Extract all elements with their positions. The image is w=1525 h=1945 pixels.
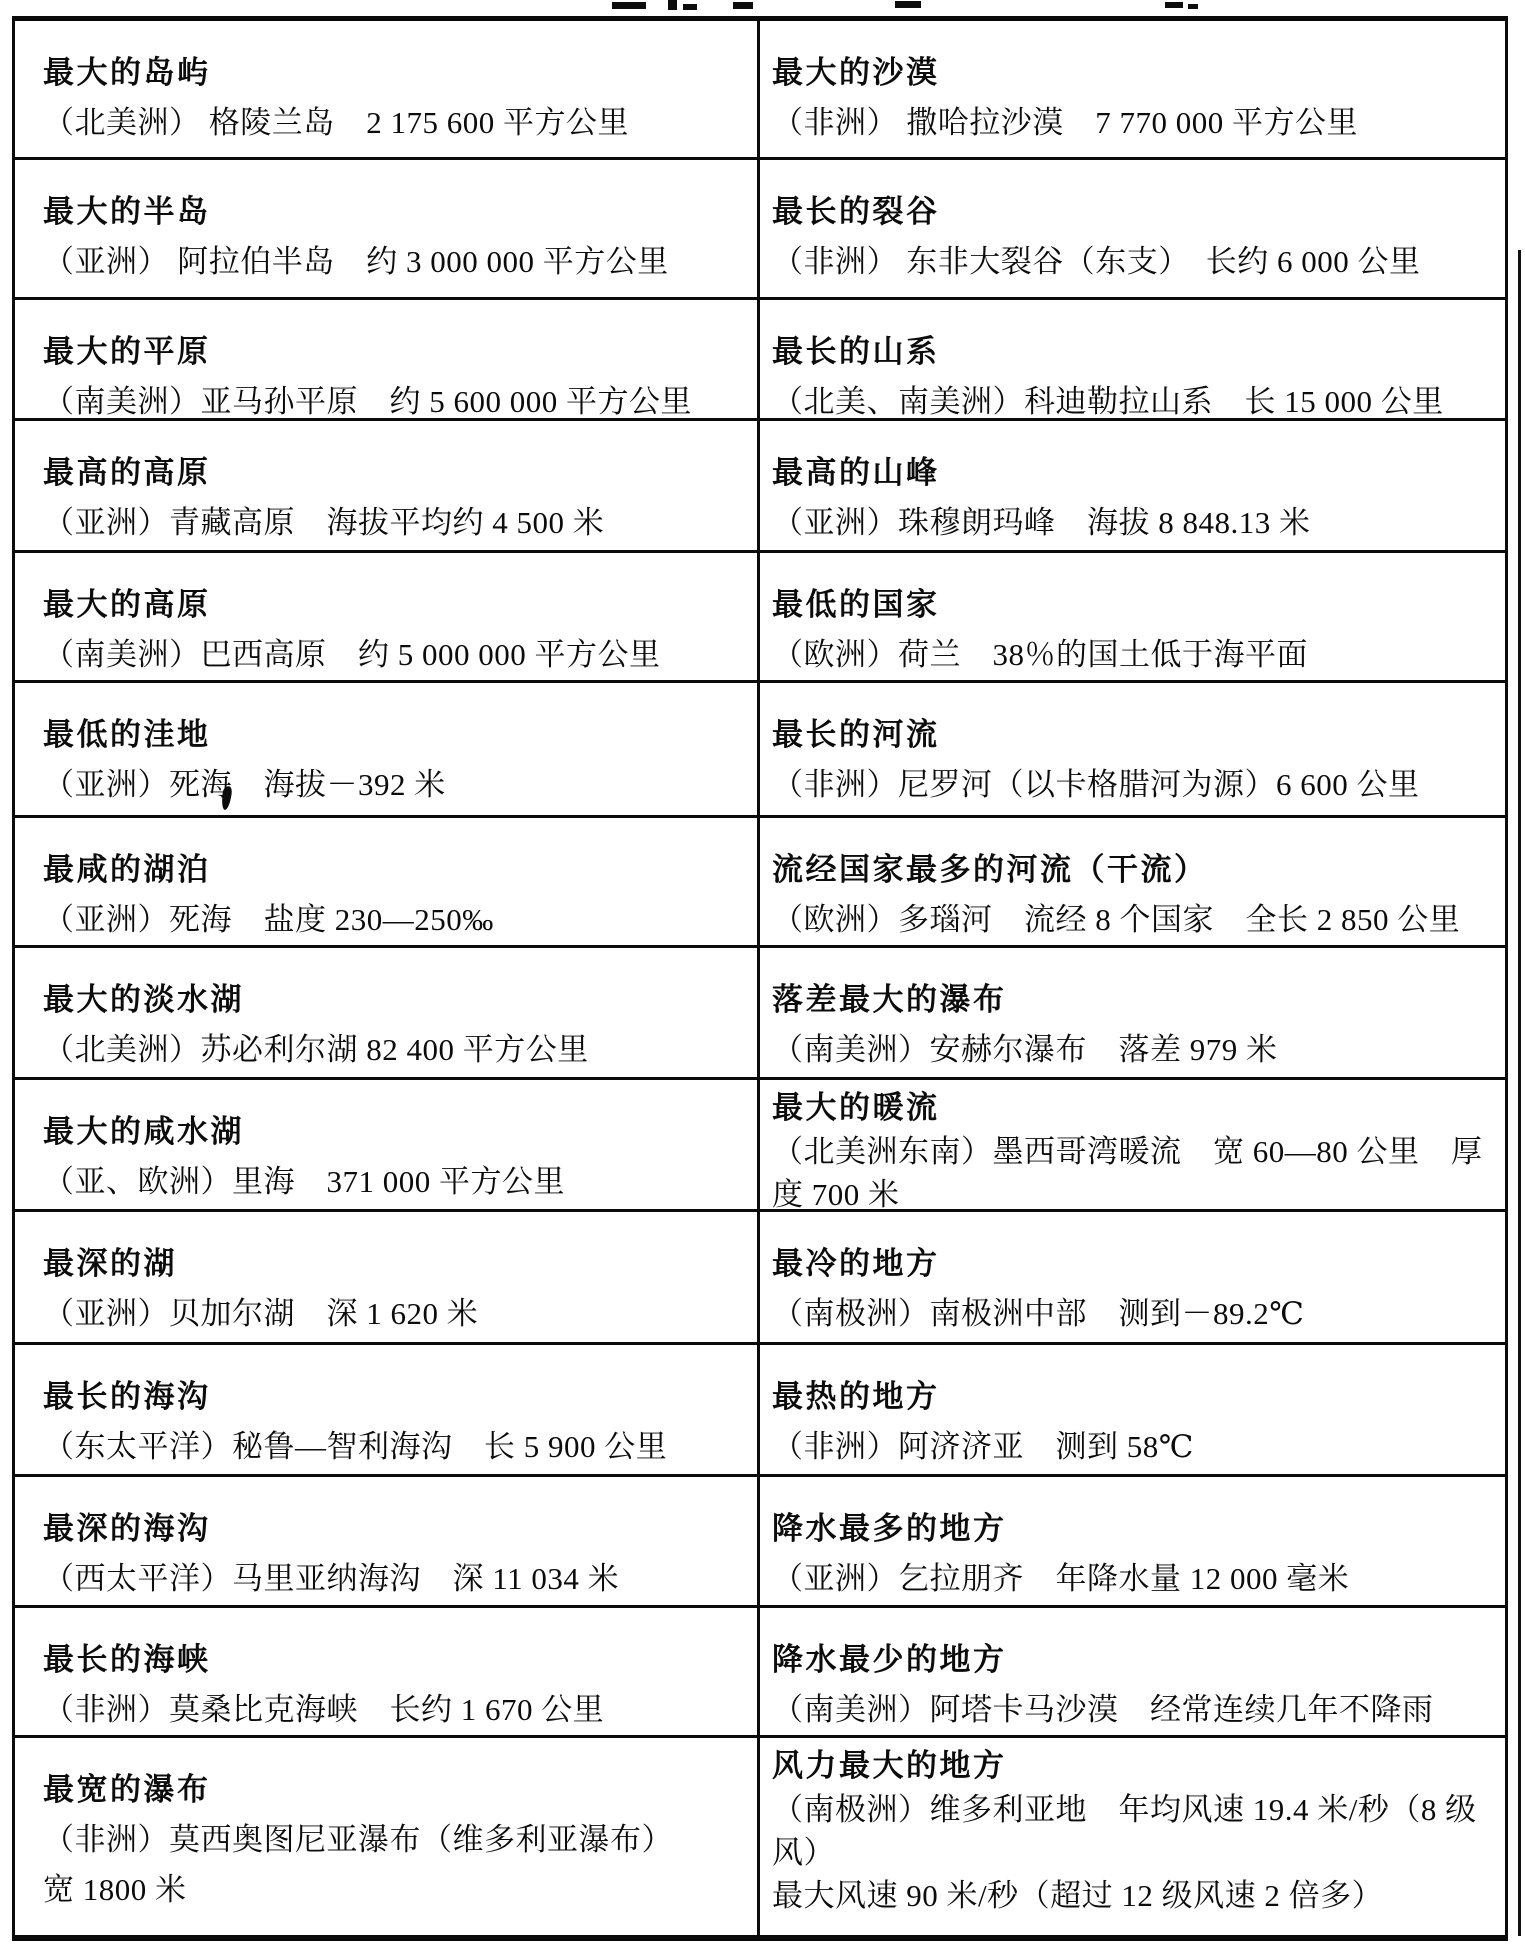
record-cell-right: 最大的暖流（北美洲东南）墨西哥湾暖流 宽 60—80 公里 厚度 700 米 [760,1080,1505,1209]
record-title: 最深的湖 [43,1242,745,1286]
scanned-document-page: 最大的岛屿（北美洲） 格陵兰岛 2 175 600 平方公里 最大的沙漠（非洲）… [0,0,1525,1945]
record-detail: （亚洲）死海 海拔－392 米 [43,762,745,807]
record-cell-right: 最热的地方（非洲）阿济济亚 测到 58℃ [760,1345,1505,1474]
record-title: 最长的海沟 [43,1375,745,1419]
record-title: 最大的咸水湖 [43,1110,745,1154]
record-cell-left: 最深的湖（亚洲）贝加尔湖 深 1 620 米 [15,1212,760,1342]
record-detail: （亚洲）死海 盐度 230—250‰ [43,897,745,942]
record-title: 最咸的湖泊 [43,848,745,892]
record-detail: （南极洲）南极洲中部 测到－89.2℃ [772,1291,1493,1336]
record-detail: （北美、南美洲）科迪勒拉山系 长 15 000 公里 [772,379,1493,418]
record-title: 最长的海峡 [43,1638,745,1682]
record-title: 最长的山系 [772,330,1493,374]
record-detail: （亚洲） 阿拉伯半岛 约 3 000 000 平方公里 [43,239,745,284]
record-detail: 风） [772,1832,1493,1873]
record-cell-right: 降水最多的地方（亚洲）乞拉朋齐 年降水量 12 000 毫米 [760,1477,1505,1605]
table-row: 最低的洼地（亚洲）死海 海拔－392 米 最长的河流（非洲）尼罗河（以卡格腊河为… [15,683,1505,818]
record-title: 最大的沙漠 [772,51,1493,95]
table-row: 最长的海沟（东太平洋）秘鲁—智利海沟 长 5 900 公里 最热的地方（非洲）阿… [15,1345,1505,1477]
record-detail: （北美洲）苏必利尔湖 82 400 平方公里 [43,1027,745,1072]
cropped-glyph-fragment [733,2,753,9]
record-title: 最长的河流 [772,713,1493,757]
record-cell-left: 最大的淡水湖（北美洲）苏必利尔湖 82 400 平方公里 [15,948,760,1077]
record-detail: （非洲） 东非大裂谷（东支） 长约 6 000 公里 [772,239,1493,284]
record-cell-right: 最冷的地方（南极洲）南极洲中部 测到－89.2℃ [760,1212,1505,1342]
record-cell-left: 最长的海沟（东太平洋）秘鲁—智利海沟 长 5 900 公里 [15,1345,760,1474]
table-row: 最大的高原（南美洲）巴西高原 约 5 000 000 平方公里 最低的国家（欧洲… [15,553,1505,683]
record-detail: （亚洲）珠穆朗玛峰 海拔 8 848.13 米 [772,500,1493,545]
record-detail: （北美洲东南）墨西哥湾暖流 宽 60—80 公里 厚 [772,1131,1493,1172]
record-cell-right: 最低的国家（欧洲）荷兰 38％的国土低于海平面 [760,553,1505,680]
table-row: 最大的淡水湖（北美洲）苏必利尔湖 82 400 平方公里 落差最大的瀑布（南美洲… [15,948,1505,1080]
record-detail: 度 700 米 [772,1174,1493,1209]
cropped-glyph-fragment [1165,2,1183,8]
record-cell-right: 最大的沙漠（非洲） 撒哈拉沙漠 7 770 000 平方公里 [760,21,1505,157]
cropped-glyph-fragment [612,2,646,9]
record-title: 最大的岛屿 [43,51,745,95]
record-title: 最大的高原 [43,583,745,627]
record-cell-left: 最大的平原（南美洲）亚马孙平原 约 5 600 000 平方公里 [15,300,760,418]
records-table: 最大的岛屿（北美洲） 格陵兰岛 2 175 600 平方公里 最大的沙漠（非洲）… [12,16,1508,1941]
record-detail: （东太平洋）秘鲁—智利海沟 长 5 900 公里 [43,1424,745,1469]
record-cell-left: 最大的咸水湖（亚、欧洲）里海 371 000 平方公里 [15,1080,760,1209]
record-detail: （南美洲）安赫尔瀑布 落差 979 米 [772,1027,1493,1072]
cropped-glyph-fragment [683,4,697,10]
record-detail: （西太平洋）马里亚纳海沟 深 11 034 米 [43,1556,745,1601]
record-detail: （非洲）莫桑比克海峡 长约 1 670 公里 [43,1687,745,1732]
record-cell-left: 最大的半岛（亚洲） 阿拉伯半岛 约 3 000 000 平方公里 [15,160,760,297]
record-detail: （北美洲） 格陵兰岛 2 175 600 平方公里 [43,100,745,145]
record-detail: （非洲） 撒哈拉沙漠 7 770 000 平方公里 [772,100,1493,145]
record-title: 风力最大的地方 [772,1745,1493,1787]
record-cell-left: 最大的高原（南美洲）巴西高原 约 5 000 000 平方公里 [15,553,760,680]
record-title: 流经国家最多的河流（干流） [772,848,1493,892]
record-detail: （欧洲）荷兰 38％的国土低于海平面 [772,632,1493,677]
record-title: 降水最多的地方 [772,1507,1493,1551]
record-cell-left: 最长的海峡（非洲）莫桑比克海峡 长约 1 670 公里 [15,1608,760,1735]
table-row: 最咸的湖泊（亚洲）死海 盐度 230—250‰ 流经国家最多的河流（干流）（欧洲… [15,818,1505,948]
table-row: 最长的海峡（非洲）莫桑比克海峡 长约 1 670 公里 降水最少的地方（南美洲）… [15,1608,1505,1738]
record-detail: （南美洲）巴西高原 约 5 000 000 平方公里 [43,632,745,677]
record-cell-right: 风力最大的地方（南极洲）维多利亚地 年均风速 19.4 米/秒（8 级风）最大风… [760,1738,1505,1935]
record-title: 落差最大的瀑布 [772,978,1493,1022]
table-row: 最深的海沟（西太平洋）马里亚纳海沟 深 11 034 米 降水最多的地方（亚洲）… [15,1477,1505,1608]
record-cell-left: 最大的岛屿（北美洲） 格陵兰岛 2 175 600 平方公里 [15,21,760,157]
record-title: 最低的洼地 [43,713,745,757]
cropped-glyph-fragment [895,1,921,8]
table-row: 最大的平原（南美洲）亚马孙平原 约 5 600 000 平方公里 最长的山系（北… [15,300,1505,421]
record-detail: （非洲）阿济济亚 测到 58℃ [772,1424,1493,1469]
table-row: 最大的岛屿（北美洲） 格陵兰岛 2 175 600 平方公里 最大的沙漠（非洲）… [15,21,1505,160]
record-title: 最大的平原 [43,330,745,374]
record-cell-right: 最长的河流（非洲）尼罗河（以卡格腊河为源）6 600 公里 [760,683,1505,815]
record-cell-right: 流经国家最多的河流（干流）（欧洲）多瑙河 流经 8 个国家 全长 2 850 公… [760,818,1505,945]
record-detail: （亚洲）青藏高原 海拔平均约 4 500 米 [43,500,745,545]
record-detail: 宽 1800 米 [43,1867,745,1912]
record-detail: （亚洲）乞拉朋齐 年降水量 12 000 毫米 [772,1556,1493,1601]
record-title: 最高的山峰 [772,451,1493,495]
record-detail: （亚洲）贝加尔湖 深 1 620 米 [43,1291,745,1336]
record-title: 降水最少的地方 [772,1638,1493,1682]
record-cell-left: 最低的洼地（亚洲）死海 海拔－392 米 [15,683,760,815]
record-detail: 最大风速 90 米/秒（超过 12 级风速 2 倍多） [772,1875,1493,1916]
record-title: 最热的地方 [772,1375,1493,1419]
record-detail: （南美洲）阿塔卡马沙漠 经常连续几年不降雨 [772,1687,1493,1732]
record-cell-left: 最宽的瀑布（非洲）莫西奥图尼亚瀑布（维多利亚瀑布）宽 1800 米 [15,1738,760,1935]
record-title: 最冷的地方 [772,1242,1493,1286]
scan-edge-artifact [1518,250,1521,1936]
record-cell-right: 最高的山峰（亚洲）珠穆朗玛峰 海拔 8 848.13 米 [760,421,1505,550]
table-row: 最宽的瀑布（非洲）莫西奥图尼亚瀑布（维多利亚瀑布）宽 1800 米 风力最大的地… [15,1738,1505,1935]
record-cell-right: 落差最大的瀑布（南美洲）安赫尔瀑布 落差 979 米 [760,948,1505,1077]
record-cell-left: 最深的海沟（西太平洋）马里亚纳海沟 深 11 034 米 [15,1477,760,1605]
record-title: 最宽的瀑布 [43,1768,745,1812]
cropped-glyph-fragment [1188,4,1198,9]
record-cell-right: 最长的裂谷（非洲） 东非大裂谷（东支） 长约 6 000 公里 [760,160,1505,297]
cropped-glyph-fragment [668,0,677,10]
record-detail: （南美洲）亚马孙平原 约 5 600 000 平方公里 [43,379,745,418]
cropped-page-title [0,0,1525,14]
record-detail: （非洲）莫西奥图尼亚瀑布（维多利亚瀑布） [43,1817,745,1862]
table-row: 最高的高原（亚洲）青藏高原 海拔平均约 4 500 米 最高的山峰（亚洲）珠穆朗… [15,421,1505,553]
record-cell-left: 最高的高原（亚洲）青藏高原 海拔平均约 4 500 米 [15,421,760,550]
record-title: 最高的高原 [43,451,745,495]
record-title: 最大的淡水湖 [43,978,745,1022]
record-title: 最低的国家 [772,583,1493,627]
table-row: 最深的湖（亚洲）贝加尔湖 深 1 620 米 最冷的地方（南极洲）南极洲中部 测… [15,1212,1505,1345]
record-cell-right: 降水最少的地方（南美洲）阿塔卡马沙漠 经常连续几年不降雨 [760,1608,1505,1735]
record-detail: （非洲）尼罗河（以卡格腊河为源）6 600 公里 [772,762,1493,807]
record-detail: （欧洲）多瑙河 流经 8 个国家 全长 2 850 公里 [772,897,1493,942]
record-title: 最大的半岛 [43,190,745,234]
table-row: 最大的半岛（亚洲） 阿拉伯半岛 约 3 000 000 平方公里 最长的裂谷（非… [15,160,1505,300]
table-row: 最大的咸水湖（亚、欧洲）里海 371 000 平方公里 最大的暖流（北美洲东南）… [15,1080,1505,1212]
record-cell-left: 最咸的湖泊（亚洲）死海 盐度 230—250‰ [15,818,760,945]
record-title: 最深的海沟 [43,1507,745,1551]
record-detail: （亚、欧洲）里海 371 000 平方公里 [43,1159,745,1204]
record-detail: （南极洲）维多利亚地 年均风速 19.4 米/秒（8 级 [772,1789,1493,1830]
record-title: 最大的暖流 [772,1087,1493,1129]
record-title: 最长的裂谷 [772,190,1493,234]
record-cell-right: 最长的山系（北美、南美洲）科迪勒拉山系 长 15 000 公里 [760,300,1505,418]
